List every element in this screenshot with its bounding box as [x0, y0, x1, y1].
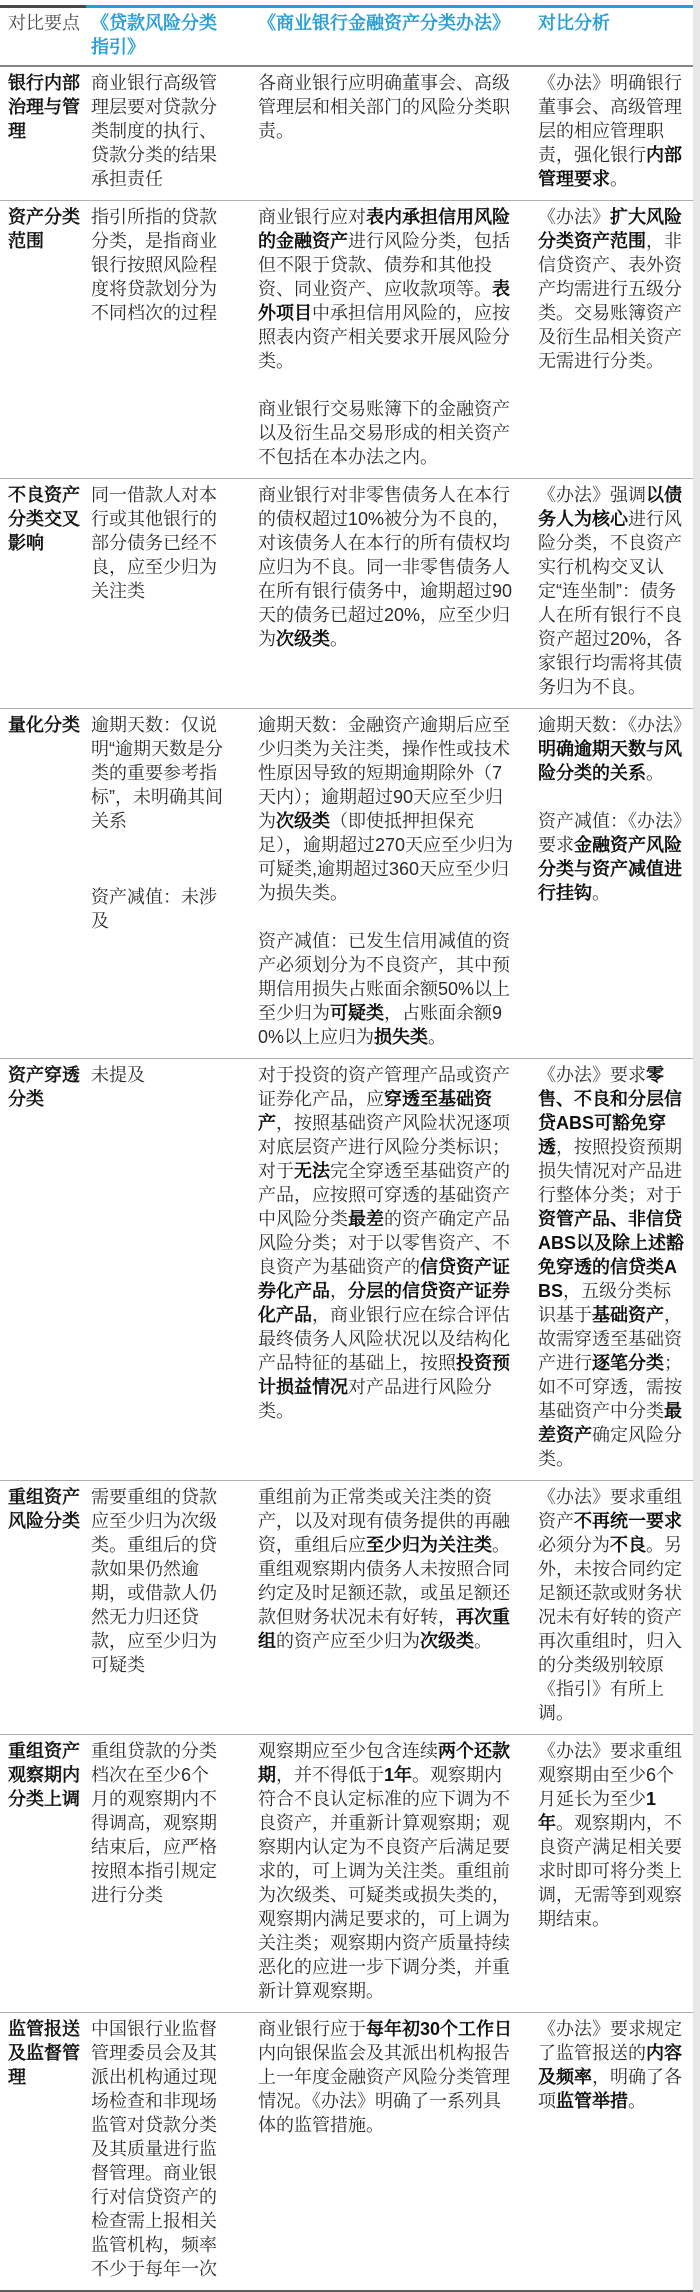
cell-guideline: 商业银行高级管理层要对贷款分类制度的执行、贷款分类的结果承担责任 — [86, 66, 256, 201]
cell-analysis: 《办法》扩大风险分类资产范围，非信贷资产、表外资产均需进行五级分类。交易账簿资产… — [531, 201, 693, 479]
row-topic: 量化分类 — [0, 709, 86, 1059]
cell-guideline: 指引所指的贷款分类，是指商业银行按照风险程度将贷款划分为不同档次的过程 — [86, 201, 256, 479]
cell-guideline: 重组贷款的分类档次在至少6个月的观察期内不得调高，观察期结束后，应严格按照本指引… — [86, 1735, 256, 2013]
row-topic: 重组资产风险分类 — [0, 1481, 86, 1735]
row-topic: 资产分类范围 — [0, 201, 86, 479]
col-header-measures: 《商业银行金融资产分类办法》 — [256, 7, 531, 67]
table-row-quantitative: 量化分类 逾期天数：仅说明“逾期天数是分类的重要参考指标”，未明确其间关系资产减… — [0, 709, 693, 1059]
cell-guideline: 未提及 — [86, 1059, 256, 1481]
col-header-topic: 对比要点 — [0, 7, 86, 67]
row-topic: 监管报送及监督管理 — [0, 2013, 86, 2292]
table-row-scope: 资产分类范围 指引所指的贷款分类，是指商业银行按照风险程度将贷款划分为不同档次的… — [0, 201, 693, 479]
row-topic: 资产穿透分类 — [0, 1059, 86, 1481]
cell-measures: 对于投资的资产管理产品或资产证券化产品，应穿透至基础资产，按照基础资产风险状况逐… — [256, 1059, 531, 1481]
cell-measures: 逾期天数：金融资产逾期后应至少归类为关注类，操作性或技术性原因导致的短期逾期除外… — [256, 709, 531, 1059]
table-row-cross-default: 不良资产分类交叉影响 同一借款人对本行或其他银行的部分债务已经不良，应至少归为关… — [0, 479, 693, 709]
cell-guideline: 逾期天数：仅说明“逾期天数是分类的重要参考指标”，未明确其间关系资产减值：未涉及 — [86, 709, 256, 1059]
cell-analysis: 《办法》要求重组观察期由至少6个月延长为至少1年。观察期内，不良资产满足相关要求… — [531, 1735, 693, 2013]
cell-analysis: 《办法》要求零售、不良和分层信贷ABS可豁免穿透，按照投资预期损失情况对产品进行… — [531, 1059, 693, 1481]
cell-measures: 各商业银行应明确董事会、高级管理层和相关部门的风险分类职责。 — [256, 66, 531, 201]
cell-guideline: 同一借款人对本行或其他银行的部分债务已经不良，应至少归为关注类 — [86, 479, 256, 709]
row-topic: 不良资产分类交叉影响 — [0, 479, 86, 709]
col-header-analysis: 对比分析 — [531, 7, 693, 67]
cell-measures: 商业银行应对表内承担信用风险的金融资产进行风险分类，包括但不限于贷款、债券和其他… — [256, 201, 531, 479]
cell-measures: 商业银行对非零售债务人在本行的债权超过10%被分为不良的，对该债务人在本行的所有… — [256, 479, 531, 709]
cell-measures: 观察期应至少包含连续两个还款期，并不得低于1年。观察期内符合不良认定标准的应下调… — [256, 1735, 531, 2013]
cell-measures: 重组前为正常类或关注类的资产，以及对现有债务提供的再融资，重组后应至少归为关注类… — [256, 1481, 531, 1735]
table-row-restructured-classification: 重组资产风险分类 需要重组的贷款应至少归为次级类。重组后的贷款如果仍然逾期，或借… — [0, 1481, 693, 1735]
cell-guideline: 中国银行业监督管理委员会及其派出机构通过现场检查和非现场监管对贷款分类及其质量进… — [86, 2013, 256, 2292]
cell-analysis: 《办法》要求重组资产不再统一要求必须分为不良。另外，未按合同约定足额还款或财务状… — [531, 1481, 693, 1735]
col-header-guideline: 《贷款风险分类指引》 — [86, 7, 256, 67]
row-topic: 重组资产观察期内分类上调 — [0, 1735, 86, 2013]
header-row: 对比要点 《贷款风险分类指引》 《商业银行金融资产分类办法》 对比分析 — [0, 7, 693, 67]
regulation-comparison-page: 对比要点 《贷款风险分类指引》 《商业银行金融资产分类办法》 对比分析 银行内部… — [0, 0, 700, 2292]
table-row-governance: 银行内部治理与管理 商业银行高级管理层要对贷款分类制度的执行、贷款分类的结果承担… — [0, 66, 693, 201]
comparison-table: 对比要点 《贷款风险分类指引》 《商业银行金融资产分类办法》 对比分析 银行内部… — [0, 5, 693, 2292]
page-edge-shade — [693, 0, 700, 2292]
cell-analysis: 逾期天数：《办法》明确逾期天数与风险分类的关系。资产减值：《办法》要求金融资产风… — [531, 709, 693, 1059]
row-topic: 银行内部治理与管理 — [0, 66, 86, 201]
cell-analysis: 《办法》明确银行董事会、高级管理层的相应管理职责，强化银行内部管理要求。 — [531, 66, 693, 201]
table-row-observation-period: 重组资产观察期内分类上调 重组贷款的分类档次在至少6个月的观察期内不得调高，观察… — [0, 1735, 693, 2013]
cell-measures: 商业银行应于每年初30个工作日内向银保监会及其派出机构报告上一年度金融资产风险分… — [256, 2013, 531, 2292]
cell-analysis: 《办法》强调以债务人为核心进行风险分类，不良资产实行机构交叉认定“连坐制”：债务… — [531, 479, 693, 709]
table-row-look-through: 资产穿透分类 未提及 对于投资的资产管理产品或资产证券化产品，应穿透至基础资产，… — [0, 1059, 693, 1481]
cell-guideline: 需要重组的贷款应至少归为次级类。重组后的贷款如果仍然逾期，或借款人仍然无力归还贷… — [86, 1481, 256, 1735]
table-row-supervision: 监管报送及监督管理 中国银行业监督管理委员会及其派出机构通过现场检查和非现场监管… — [0, 2013, 693, 2292]
cell-analysis: 《办法》要求规定了监管报送的内容及频率，明确了各项监管举措。 — [531, 2013, 693, 2292]
